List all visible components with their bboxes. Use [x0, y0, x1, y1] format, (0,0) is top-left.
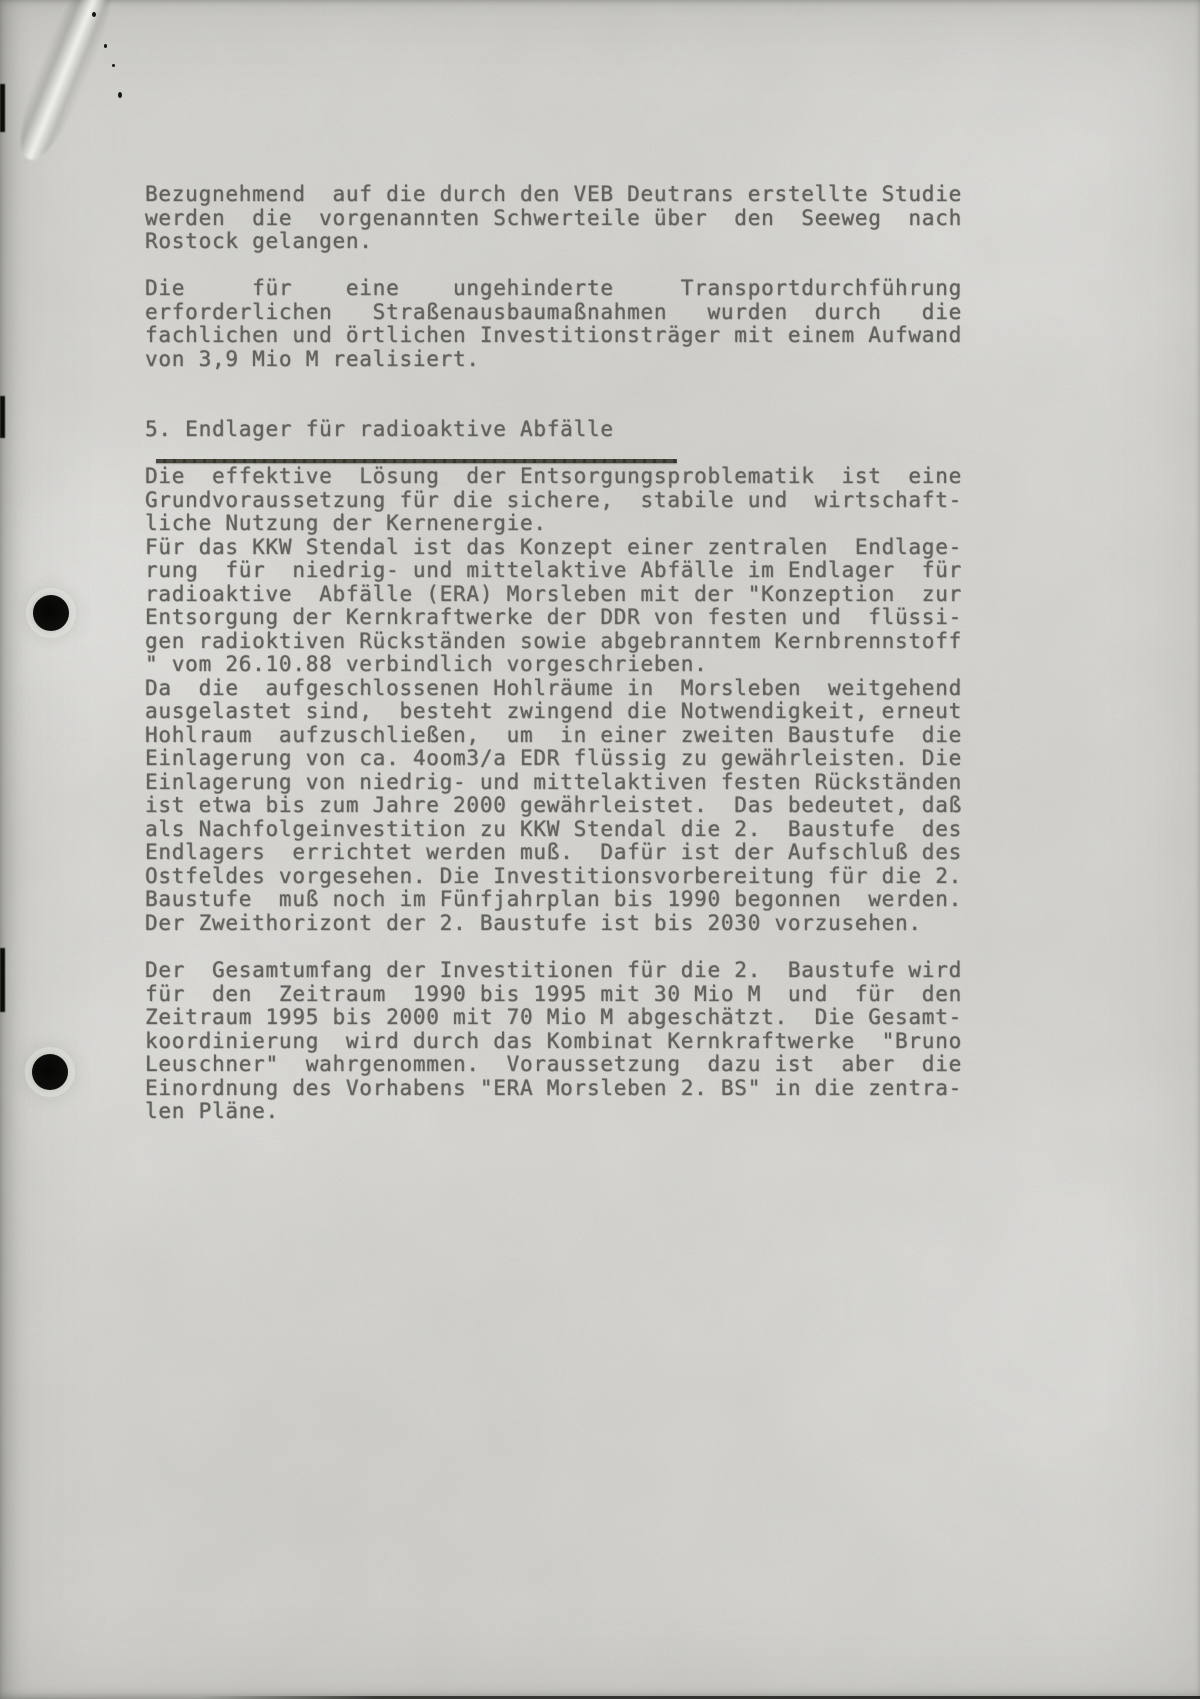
- heading-underline-rule: [156, 459, 677, 463]
- paragraph-investment-scope: Der Gesamtumfang der Investitionen für d…: [145, 959, 962, 1124]
- paragraph-road-construction: Die für eine ungehinderte Transportdurch…: [145, 277, 962, 371]
- document-body: Bezugnehmend auf die durch den VEB Deutr…: [0, 0, 1200, 1699]
- paragraph-disposal-concept: Die effektive Lösung der Entsorgungsprob…: [145, 465, 962, 935]
- section-heading: 5. Endlager für radioaktive Abfälle: [145, 418, 614, 442]
- paragraph-transport-study: Bezugnehmend auf die durch den VEB Deutr…: [145, 183, 962, 254]
- scanned-document-page: Bezugnehmend auf die durch den VEB Deutr…: [0, 0, 1200, 1699]
